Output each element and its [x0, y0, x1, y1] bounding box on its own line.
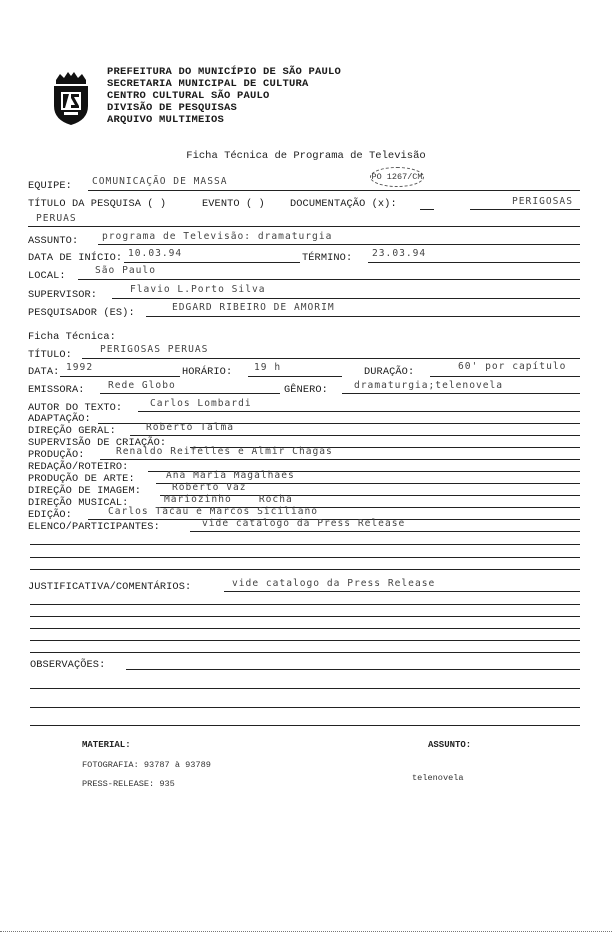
fotografia-text: FOTOGRAFIA: 93787 à 93789: [82, 760, 211, 770]
evento-label: EVENTO ( ): [202, 198, 265, 210]
data-inicio-value: 10.03.94: [128, 248, 182, 259]
data-inicio-line: [124, 262, 300, 263]
equipe-label: EQUIPE:: [28, 180, 72, 192]
ficha-tecnica-heading: Ficha Técnica:: [28, 331, 116, 343]
genero-value: dramaturgia;telenovela: [354, 380, 503, 391]
titulo-pesquisa-value-2: PERUAS: [36, 213, 77, 224]
direcao-imagem-value: Roberto Vaz: [172, 482, 247, 493]
local-label: LOCAL:: [28, 270, 66, 282]
data-value: 1992: [66, 362, 93, 373]
termino-line: [368, 262, 580, 263]
edicao-label: EDIÇÃO:: [28, 509, 72, 521]
institution-header: PREFEITURA DO MUNICÍPIO DE SÃO PAULO SEC…: [107, 66, 341, 126]
direcao-imagem-label: DIREÇÃO DE IMAGEM:: [28, 485, 141, 497]
titulo-line: [82, 358, 580, 359]
justificativa-blank-line: [30, 616, 580, 617]
elenco-blank-line: [30, 569, 580, 570]
documentacao-line: [420, 209, 434, 210]
observacoes-blank-line: [30, 707, 580, 708]
redacao-label: REDAÇÃO/ROTEIRO:: [28, 461, 128, 473]
assunto-footer-label: ASSUNTO:: [428, 740, 471, 750]
document-page: PREFEITURA DO MUNICÍPIO DE SÃO PAULO SEC…: [0, 0, 612, 936]
direcao-geral-label: DIREÇÃO GERAL:: [28, 425, 116, 437]
direcao-musical-value: Mariozinho Rocha: [164, 494, 293, 505]
supervisor-label: SUPERVISOR:: [28, 289, 97, 301]
observacoes-blank-line: [30, 688, 580, 689]
edicao-value: Carlos Tacau e Marcos Siciliano: [108, 506, 318, 517]
justificativa-line: [224, 591, 580, 592]
direcao-geral-line: [130, 435, 580, 436]
equipe-line: [88, 190, 580, 191]
autor-value: Carlos Lombardi: [150, 398, 252, 409]
horario-label: HORÁRIO:: [182, 366, 232, 378]
assunto-line: [98, 244, 580, 245]
duracao-line: [430, 376, 580, 377]
data-line: [60, 376, 180, 377]
titulo-value: PERIGOSAS PERUAS: [100, 344, 208, 355]
titulo-pesquisa-value-1: PERIGOSAS: [512, 196, 573, 207]
elenco-blank-line: [30, 557, 580, 558]
assunto-footer-value: telenovela: [412, 773, 464, 783]
autor-line: [138, 411, 580, 412]
justificativa-blank-line: [30, 640, 580, 641]
header-line: DIVISÃO DE PESQUISAS: [107, 102, 341, 114]
duracao-label: DURAÇÃO:: [364, 366, 414, 378]
emissora-line: [100, 393, 280, 394]
producao-value: Renaldo Reifelles e Almir Chagas: [116, 446, 333, 457]
titulo-pesquisa-label: TÍTULO DA PESQUISA ( ): [28, 198, 166, 210]
termino-value: 23.03.94: [372, 248, 426, 259]
producao-line: [100, 459, 580, 460]
city-coat-of-arms-icon: [50, 70, 92, 126]
pesquisador-value: EDGARD RIBEIRO DE AMORIM: [172, 302, 335, 313]
justificativa-blank-line: [30, 604, 580, 605]
elenco-value: vide catalogo da Press Release: [202, 518, 405, 529]
justificativa-blank-line: [30, 652, 580, 653]
elenco-line: [190, 531, 580, 532]
justificativa-value: vide catalogo da Press Release: [232, 578, 435, 589]
observacoes-blank-line: [30, 725, 580, 726]
documentacao-label: DOCUMENTAÇÃO (x):: [290, 198, 397, 210]
producao-arte-label: PRODUÇÃO DE ARTE:: [28, 473, 135, 485]
supervisor-line: [112, 298, 580, 299]
equipe-value: COMUNICAÇÃO DE MASSA: [92, 176, 228, 187]
justificativa-blank-line: [30, 628, 580, 629]
pesquisador-label: PESQUISADOR (ES):: [28, 307, 135, 319]
assunto-value: programa de Televisão: dramaturgia: [102, 231, 332, 242]
data-label: DATA:: [28, 366, 59, 378]
elenco-blank-line: [30, 544, 580, 545]
supervisor-value: Flavio L.Porto Silva: [130, 284, 266, 295]
titulo-pesquisa-line-2: [28, 226, 580, 227]
adaptacao-label: ADAPTAÇÃO:: [28, 413, 91, 425]
local-value: São Paulo: [95, 265, 156, 276]
titulo-label: TÍTULO:: [28, 349, 72, 361]
duracao-value: 60' por capítulo: [458, 361, 566, 372]
header-line: CENTRO CULTURAL SÃO PAULO: [107, 90, 341, 102]
genero-line: [342, 393, 580, 394]
press-release-text: PRESS-RELEASE: 935: [82, 779, 175, 789]
producao-arte-value: Ana Maria Magalhaes: [166, 470, 295, 481]
reference-stamp: PO 1267/CM: [370, 167, 424, 187]
titulo-pesquisa-line: [470, 209, 580, 210]
producao-label: PRODUÇÃO:: [28, 449, 85, 461]
direcao-geral-value: Roberto Talma: [146, 422, 234, 433]
header-line: ARQUIVO MULTIMEIOS: [107, 114, 341, 126]
horario-value: 19 h: [254, 362, 281, 373]
emissora-value: Rede Globo: [108, 380, 176, 391]
scan-edge-line: [0, 931, 612, 932]
data-inicio-label: DATA DE INÍCIO:: [28, 252, 122, 264]
elenco-label: ELENCO/PARTICIPANTES:: [28, 521, 160, 533]
form-title: Ficha Técnica de Programa de Televisão: [0, 150, 612, 162]
assunto-label: ASSUNTO:: [28, 235, 78, 247]
observacoes-label: OBSERVAÇÕES:: [30, 659, 105, 671]
local-line: [78, 279, 580, 280]
emissora-label: EMISSORA:: [28, 384, 85, 396]
justificativa-label: JUSTIFICATIVA/COMENTÁRIOS:: [28, 581, 191, 593]
material-label: MATERIAL:: [82, 740, 131, 750]
pesquisador-line: [146, 316, 580, 317]
genero-label: GÊNERO:: [284, 384, 328, 396]
horario-line: [248, 376, 342, 377]
header-line: PREFEITURA DO MUNICÍPIO DE SÃO PAULO: [107, 66, 341, 78]
observacoes-line: [126, 669, 580, 670]
termino-label: TÉRMINO:: [302, 252, 352, 264]
header-line: SECRETARIA MUNICIPAL DE CULTURA: [107, 78, 341, 90]
